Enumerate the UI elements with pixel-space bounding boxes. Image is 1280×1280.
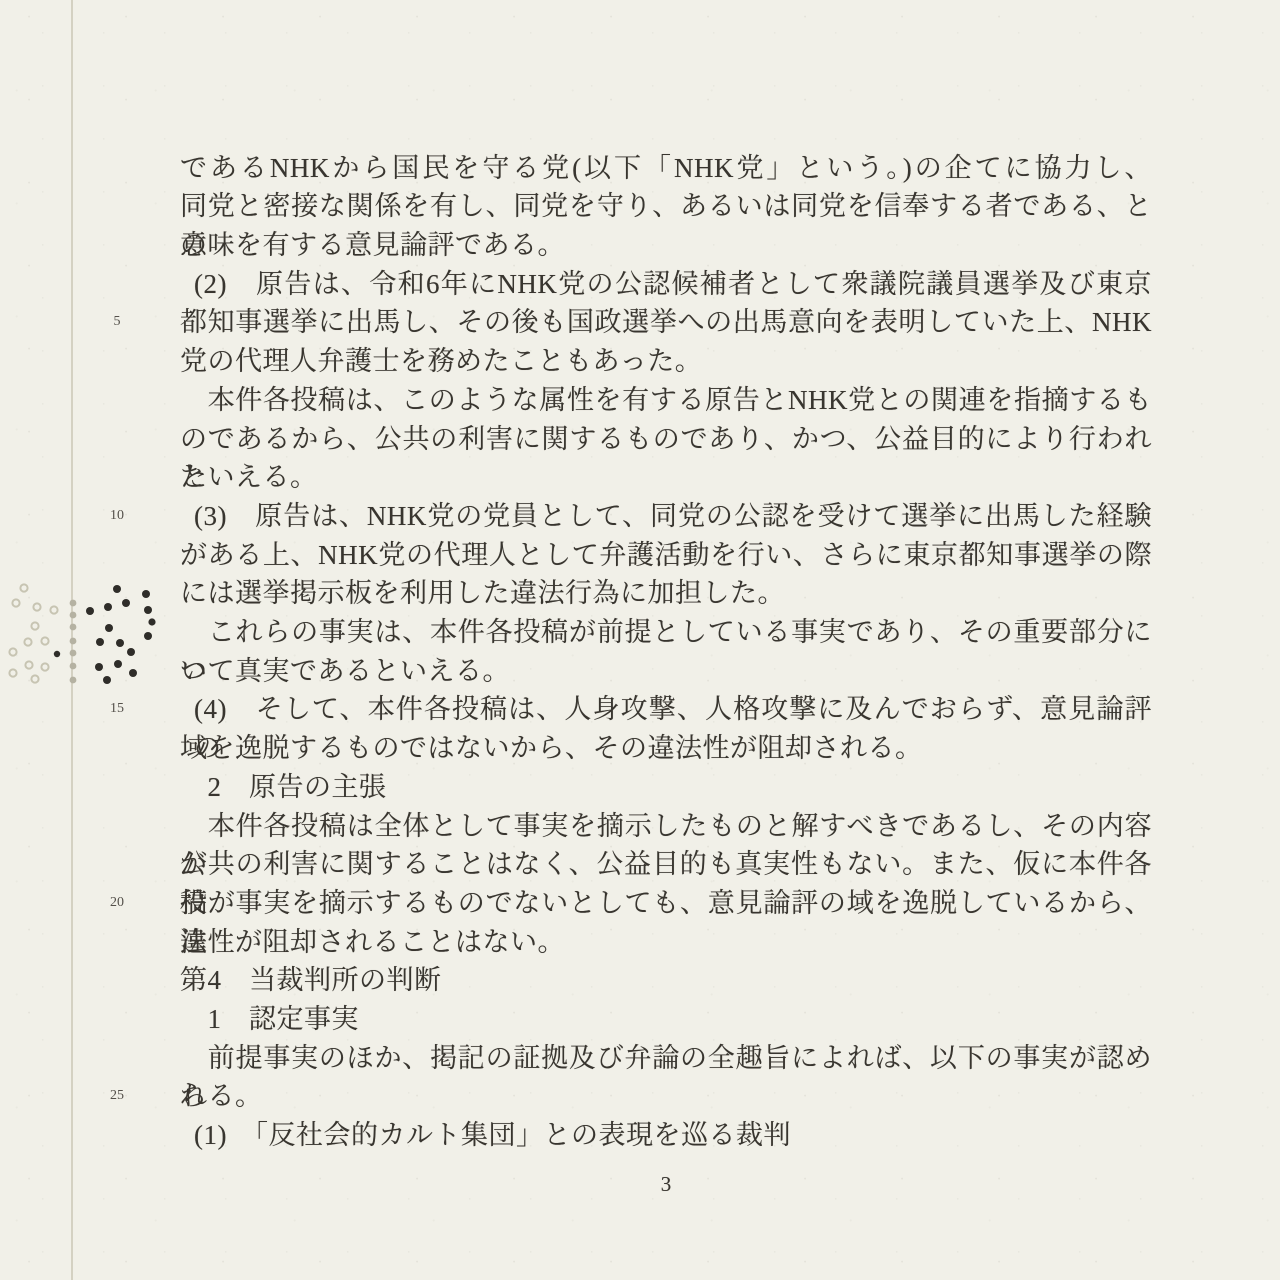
line-number: 10 [96,506,138,526]
text-line: 2 原告の主張 [180,768,1152,807]
text-line: 意味を有する意見論評である。 [180,226,1152,265]
text-line: がある上、NHK党の代理人として弁護活動を行い、さらに東京都知事選挙の際 [180,536,1152,575]
line-number: 5 [96,312,138,332]
page-number: 3 [180,1172,1152,1197]
text-line: (2) 原告は、令和6年にNHK党の公認候補者として衆議院議員選挙及び東京 [180,265,1152,304]
text-line: には選挙掲示板を利用した違法行為に加担した。 [180,574,1152,613]
text-line: 第4 当裁判所の判断 [180,961,1152,1000]
text-line: (1) 「反社会的カルト集団」との表現を巡る裁判 [180,1116,1152,1155]
text-line: 法性が阻却されることはない。 [180,923,1152,962]
text-line: といえる。 [180,458,1152,497]
text-line: のであるから、公共の利害に関するものであり、かつ、公益目的により行われた [180,420,1152,459]
text-line: 域を逸脱するものではないから、その違法性が阻却される。 [180,729,1152,768]
line-number: 20 [96,893,138,913]
text-line: いて真実であるといえる。 [180,652,1152,691]
document-page: 510152025 であるNHKから国民を守る党(以下「NHK党」という。)の企… [0,0,1280,1280]
text-line: これらの事実は、本件各投稿が前提としている事実であり、その重要部分につ [180,613,1152,652]
text-line: 本件各投稿は全体として事実を摘示したものと解すべきであるし、その内容が [180,807,1152,846]
line-number: 25 [96,1086,138,1106]
text-line: れる。 [180,1077,1152,1116]
perforation-dots [0,555,180,705]
text-line: 本件各投稿は、このような属性を有する原告とNHK党との関連を指摘するも [180,381,1152,420]
line-number: 15 [96,699,138,719]
text-line: 都知事選挙に出馬し、その後も国政選挙への出馬意向を表明していた上、NHK [180,303,1152,342]
text-line: (4) そして、本件各投稿は、人身攻撃、人格攻撃に及んでおらず、意見論評の [180,690,1152,729]
text-line: (3) 原告は、NHK党の党員として、同党の公認を受けて選挙に出馬した経験 [180,497,1152,536]
text-line: 党の代理人弁護士を務めたこともあった。 [180,342,1152,381]
text-line: であるNHKから国民を守る党(以下「NHK党」という。)の企てに協力し、 [180,149,1152,188]
text-line: 稿が事実を摘示するものでないとしても、意見論評の域を逸脱しているから、違 [180,884,1152,923]
text-line: 前提事実のほか、掲記の証拠及び弁論の全趣旨によれば、以下の事実が認めら [180,1039,1152,1078]
text-line: 同党と密接な関係を有し、同党を守り、あるいは同党を信奉する者である、との [180,187,1152,226]
text-line: 公共の利害に関することはなく、公益目的も真実性もない。また、仮に本件各投 [180,845,1152,884]
text-line: 1 認定事実 [180,1000,1152,1039]
